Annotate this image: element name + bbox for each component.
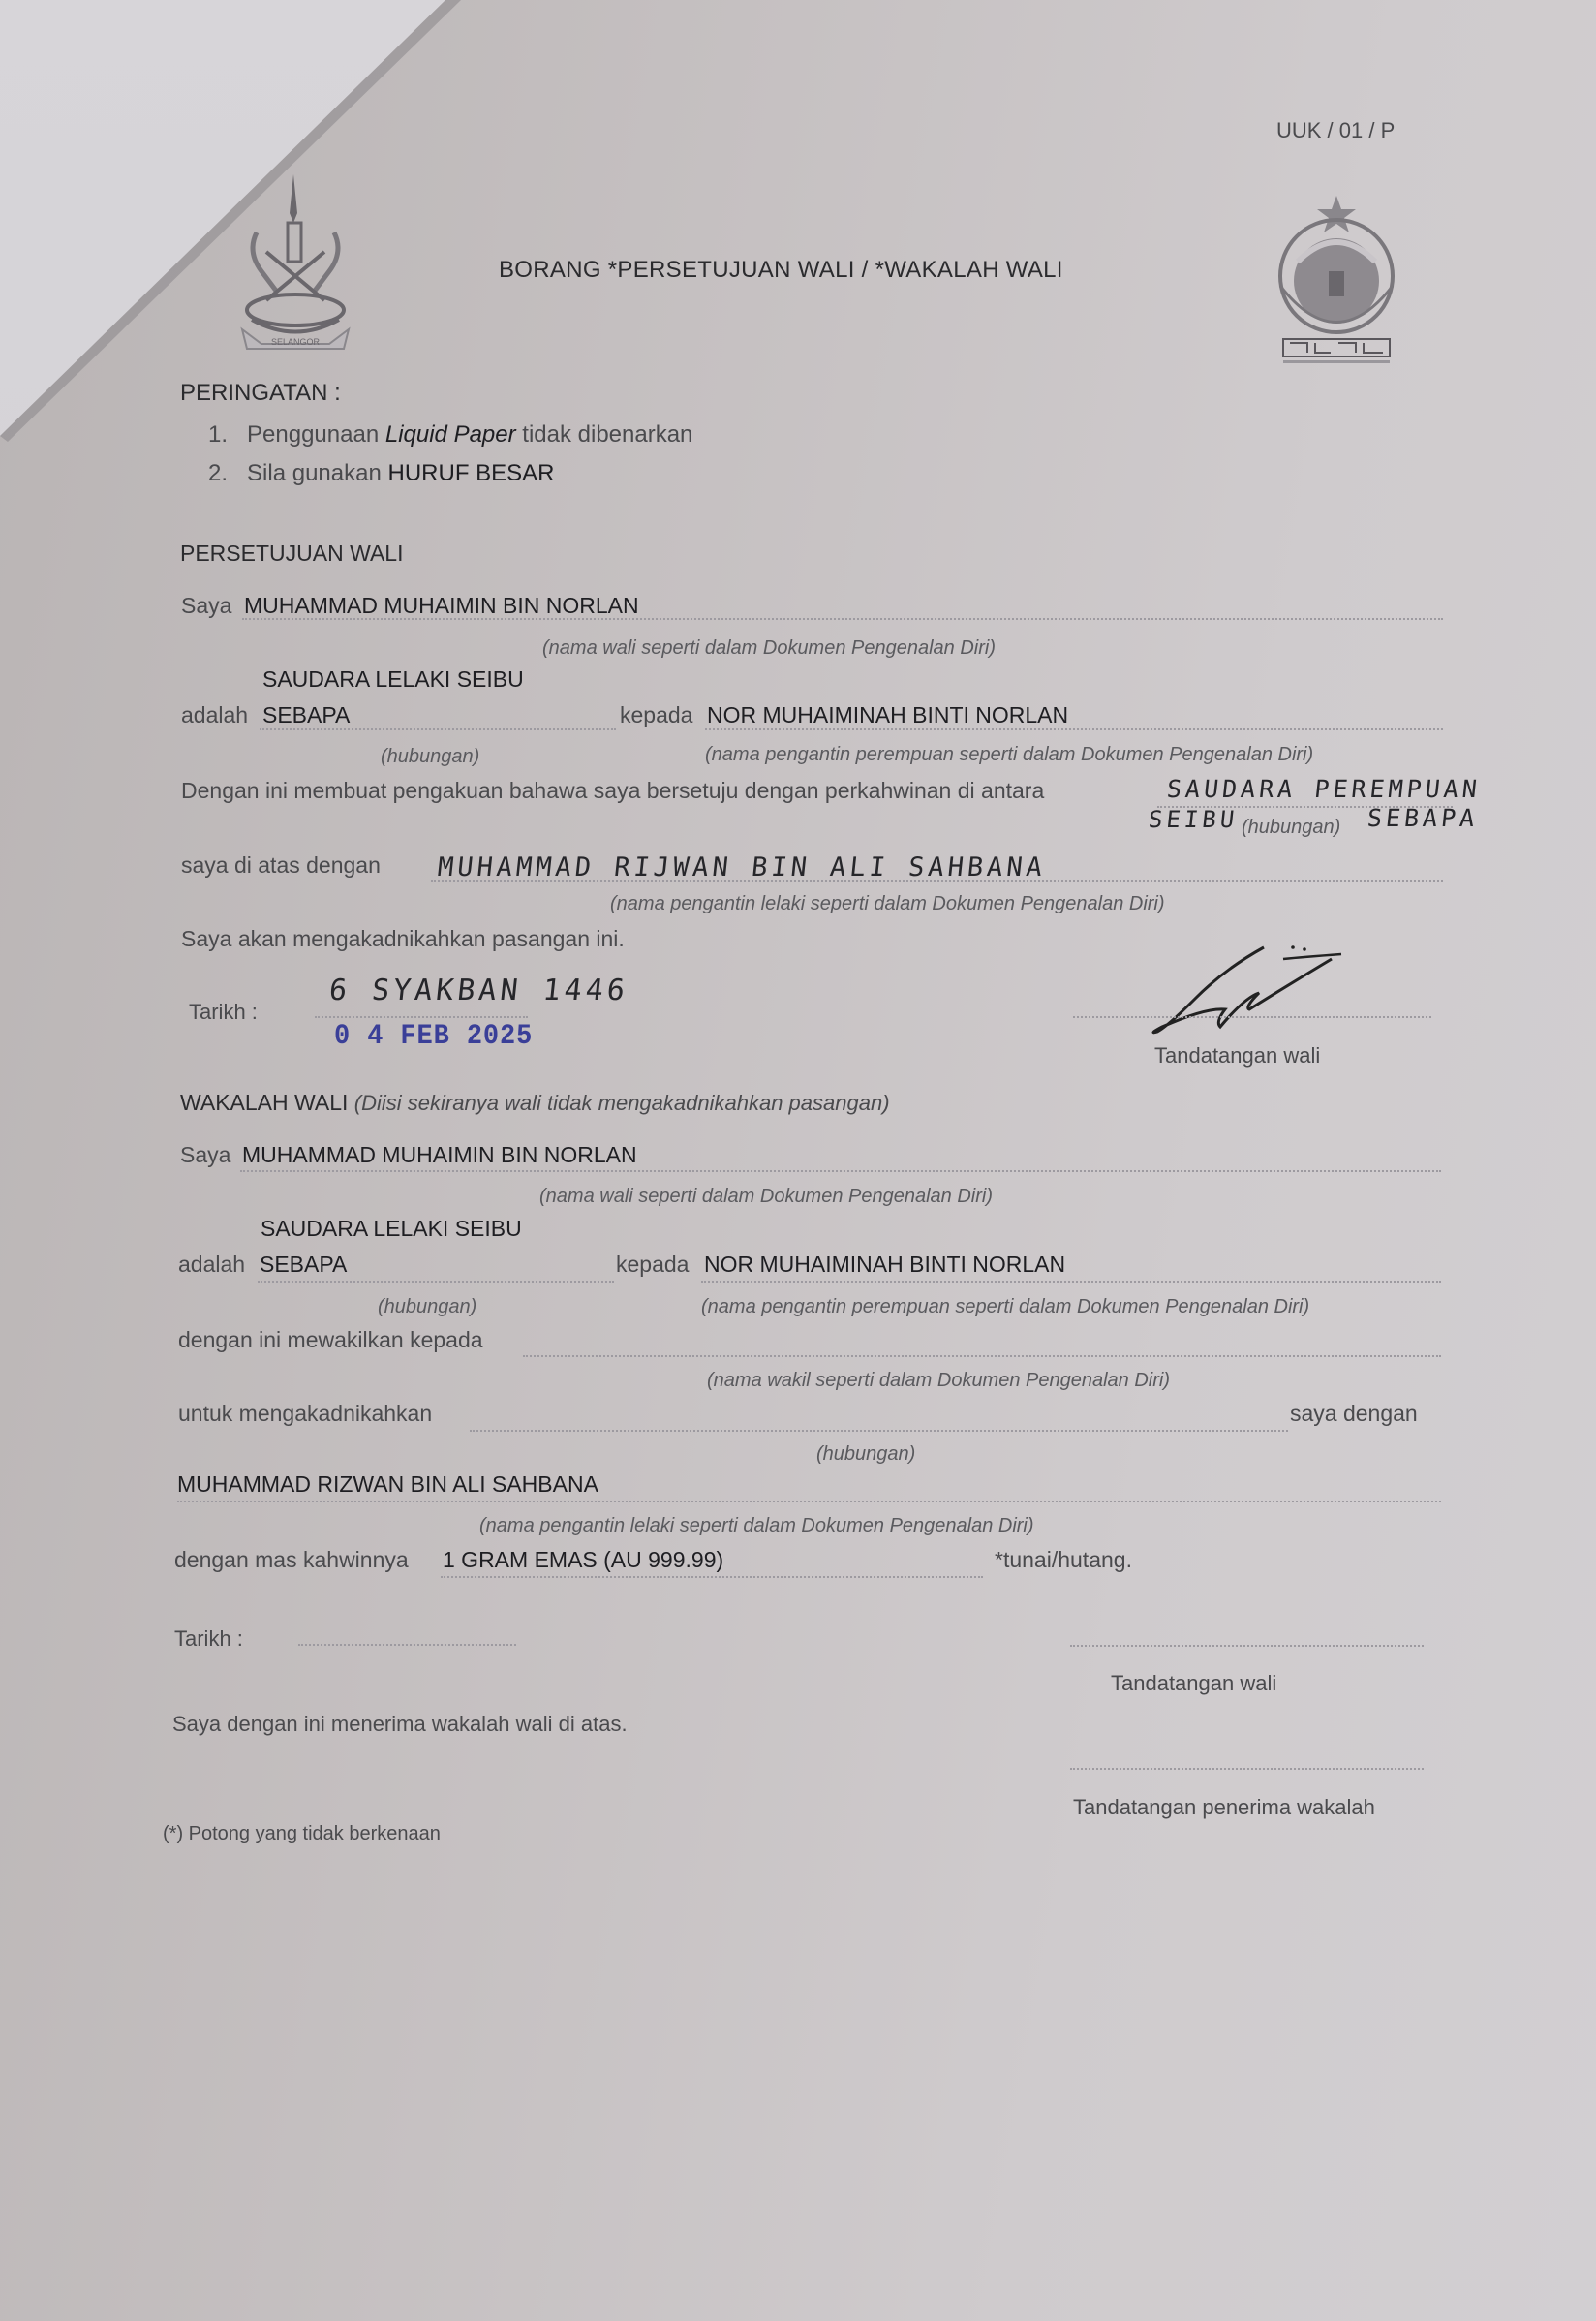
wakalah-heading-note: (Diisi sekiranya wali tidak mengakadnika…: [354, 1091, 890, 1115]
persetujuan-heading: PERSETUJUAN WALI: [180, 541, 403, 567]
wakalah-saya-label: Saya: [180, 1142, 230, 1168]
dotted-line: [240, 1170, 1441, 1172]
jais-emblem-icon: [1269, 194, 1404, 368]
dotted-line: [441, 1576, 983, 1578]
kepada-label: kepada: [620, 702, 692, 728]
warning-item-2: 2. Sila gunakan HURUF BESAR: [208, 460, 555, 487]
wakalah-relationship-line1[interactable]: SAUDARA LELAKI SEIBU: [261, 1216, 522, 1242]
mas-kahwin-field[interactable]: 1 GRAM EMAS (AU 999.99): [443, 1547, 723, 1573]
handwritten-relationship-3[interactable]: SEBAPA: [1366, 804, 1479, 832]
wakalah-signature-label: Tandatangan wali: [1111, 1671, 1276, 1696]
handwritten-relationship-2[interactable]: SEIBU: [1148, 806, 1240, 833]
wakalah-adalah-label: adalah: [178, 1252, 245, 1278]
warning-text-pre: Penggunaan: [247, 421, 385, 448]
warning-text-italic: Liquid Paper: [385, 421, 516, 448]
wakalah-relationship-field[interactable]: SEBAPA: [260, 1252, 347, 1278]
warning-num: 2.: [208, 460, 228, 486]
saya-dengan-label: saya dengan: [1290, 1401, 1418, 1427]
bride-name-hint: (nama pengantin perempuan seperti dalam …: [705, 744, 1313, 766]
saya-di-atas-label: saya di atas dengan: [181, 852, 381, 879]
hubungan-hint: (hubungan): [381, 746, 479, 768]
wakalah-hubungan-hint-2: (hubungan): [816, 1443, 915, 1466]
wakalah-wali-name-field[interactable]: MUHAMMAD MUHAIMIN BIN NORLAN: [242, 1142, 637, 1168]
wakil-hint: (nama wakil seperti dalam Dokumen Pengen…: [707, 1370, 1170, 1392]
wakalah-bride-hint: (nama pengantin perempuan seperti dalam …: [701, 1296, 1309, 1318]
persetujuan-tarikh-label: Tarikh :: [189, 1000, 258, 1025]
warning-text-pre: Sila gunakan: [247, 460, 387, 486]
dotted-line: [431, 880, 1443, 882]
signature-label-wali: Tandatangan wali: [1154, 1043, 1320, 1068]
persetujuan-wali-name-field[interactable]: MUHAMMAD MUHAIMIN BIN NORLAN: [244, 593, 639, 619]
wakalah-kepada-label: kepada: [616, 1252, 689, 1278]
mewakilkan-label: dengan ini mewakilkan kepada: [178, 1327, 483, 1353]
accept-wakalah-text: Saya dengan ini menerima wakalah wali di…: [172, 1712, 628, 1737]
groom-name-handwritten[interactable]: MUHAMMAD RIJWAN BIN ALI SAHBANA: [436, 852, 1047, 882]
dotted-line: [470, 1430, 1288, 1432]
warning-text-post: tidak dibenarkan: [516, 421, 693, 448]
mas-kahwin-label: dengan mas kahwinnya: [174, 1547, 409, 1573]
warning-num: 1.: [208, 421, 228, 448]
dotted-line: [701, 1281, 1441, 1283]
hubungan-hint-2: (hubungan): [1242, 817, 1340, 839]
wakalah-bride-name-field[interactable]: NOR MUHAIMINAH BINTI NORLAN: [704, 1252, 1065, 1278]
tunai-hutang-option[interactable]: *tunai/hutang.: [995, 1547, 1132, 1573]
groom-name-hint: (nama pengantin lelaki seperti dalam Dok…: [610, 893, 1165, 915]
wakalah-heading: WAKALAH WALI (Diisi sekiranya wali tidak…: [180, 1090, 890, 1116]
form-code: UUK / 01 / P: [1276, 118, 1395, 143]
form-title: BORANG *PERSETUJUAN WALI / *WAKALAH WALI: [499, 257, 1063, 284]
persetujuan-relationship-field[interactable]: SEBAPA: [262, 702, 350, 728]
dotted-line: [315, 1016, 528, 1018]
wakalah-groom-hint: (nama pengantin lelaki seperti dalam Dok…: [479, 1515, 1034, 1537]
dotted-line: [298, 1644, 516, 1646]
dotted-line: [177, 1501, 1441, 1502]
dotted-line: [523, 1355, 1441, 1357]
receiver-signature-line: [1070, 1768, 1424, 1770]
selangor-crest-icon: SELANGOR: [237, 174, 353, 354]
wakalah-groom-name-field[interactable]: MUHAMMAD RIZWAN BIN ALI SAHBANA: [177, 1471, 598, 1498]
dotted-line: [242, 618, 1443, 620]
persetujuan-saya-label: Saya: [181, 593, 231, 619]
date-stamp: 0 4 FEB 2025: [334, 1020, 533, 1053]
warning-heading: PERINGATAN :: [180, 380, 341, 407]
consent-text: Dengan ini membuat pengakuan bahawa saya…: [181, 778, 1044, 804]
dotted-line: [258, 1281, 614, 1283]
untuk-label: untuk mengakadnikahkan: [178, 1401, 432, 1427]
warning-item-1: 1. Penggunaan Liquid Paper tidak dibenar…: [208, 421, 692, 449]
wakalah-tarikh-label: Tarikh :: [174, 1626, 243, 1652]
persetujuan-relationship-line1[interactable]: SAUDARA LELAKI SEIBU: [262, 666, 524, 693]
signature-line: [1070, 1645, 1424, 1647]
signature-line: [1073, 1016, 1431, 1018]
persetujuan-bride-name-field[interactable]: NOR MUHAIMINAH BINTI NORLAN: [707, 702, 1068, 728]
akad-statement: Saya akan mengakadnikahkan pasangan ini.: [181, 926, 625, 952]
receiver-signature-label: Tandatangan penerima wakalah: [1073, 1795, 1375, 1820]
adalah-label: adalah: [181, 702, 248, 728]
wakalah-heading-text: WAKALAH WALI: [180, 1090, 348, 1115]
footnote: (*) Potong yang tidak berkenaan: [163, 1823, 441, 1845]
wakalah-hubungan-hint: (hubungan): [378, 1296, 476, 1318]
svg-text:SELANGOR: SELANGOR: [271, 337, 321, 347]
dotted-line: [705, 728, 1443, 730]
wakalah-wali-name-hint: (nama wali seperti dalam Dokumen Pengena…: [539, 1186, 993, 1208]
handwritten-relationship-1[interactable]: SAUDARA PEREMPUAN: [1165, 775, 1482, 803]
wali-name-hint: (nama wali seperti dalam Dokumen Pengena…: [542, 637, 996, 660]
warning-text-bold: HURUF BESAR: [387, 460, 554, 486]
signature-wali: [1138, 940, 1351, 1037]
tarikh-hijri-handwritten[interactable]: 6 SYAKBAN 1446: [327, 974, 630, 1007]
dotted-line: [260, 728, 616, 730]
